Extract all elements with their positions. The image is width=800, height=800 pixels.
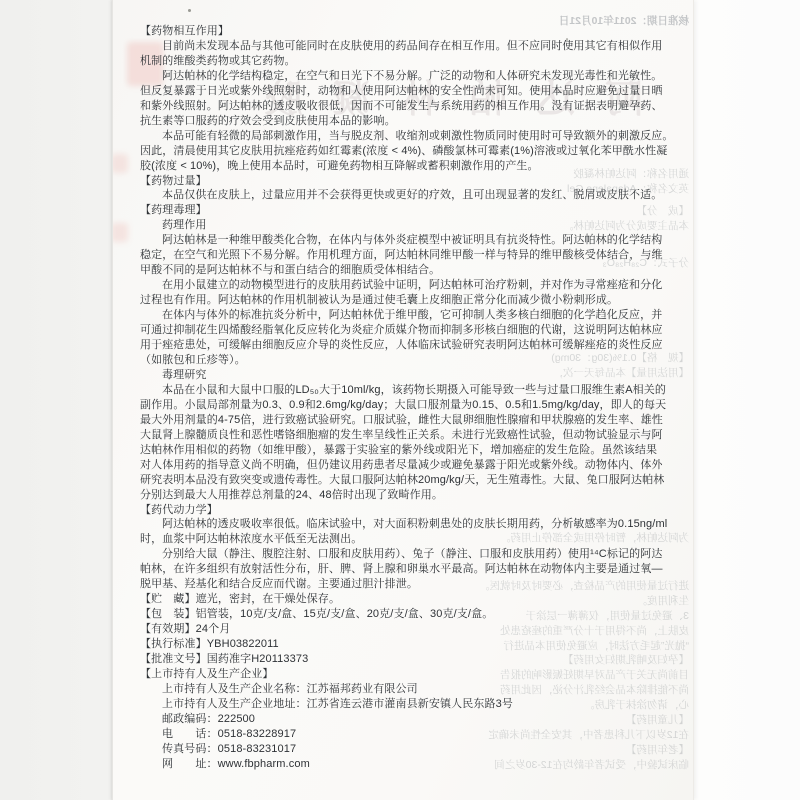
text-line: 网 址：www.fbpharm.com — [140, 757, 688, 772]
package-insert-page: 核准日期：2011年10月21日 阿达帕林凝胶 通用名称：阿达帕林凝胶英文名称：… — [112, 0, 694, 800]
text-line: 研究表明本品没有致突变或遗传毒性。大鼠口服阿达帕林20mg/kg/天，无生殖毒性… — [140, 473, 688, 488]
text-line: 【有效期】24个月 — [140, 622, 688, 637]
text-line: 阿达帕林是一种维甲酸类化合物，在体内与体外炎症模型中被证明具有抗炎特性。阿达帕林… — [140, 233, 688, 248]
text-line: 稳定，在空气和光照下不易分解。作用机理方面，阿达帕林同维甲酸一样与特异的维甲酸核… — [140, 248, 688, 263]
text-line: 分别达到最大人用推荐总剂量的24、48倍时出现了致畸作用。 — [140, 488, 688, 503]
text-line: 因此，清晨使用其它皮肤用抗痤疮药如红霉素(浓度 < 4%)、磷酸氯林可霉素(1%… — [140, 144, 688, 159]
text-line: 【上市持有人及生产企业】 — [140, 667, 688, 682]
red-ink-bleed-mark — [113, 223, 128, 242]
text-line: 【执行标准】YBH03822011 — [140, 637, 688, 652]
text-line: 药理作用 — [140, 218, 688, 233]
text-line: 【药理毒理】 — [140, 203, 688, 218]
text-line: 抗生素等口服药的疗效会受到皮肤使用本品的影响。 — [140, 114, 688, 129]
text-line: 【药物相互作用】 — [140, 24, 688, 39]
text-line: 在体内与体外的标准抗炎分析中，阿达帕林优于维甲酸，它可抑制人类多核白细胞的化学趋… — [140, 308, 688, 323]
text-line: 机制的维酸类药物或其它药物。 — [140, 54, 688, 69]
text-line: 【批准文号】国药准字H20113373 — [140, 652, 688, 667]
text-line: 但反复暴露于日光或紫外线照射时，动物和人使用阿达帕林的安全性尚未可知。使用本品时… — [140, 84, 688, 99]
text-line: 【药物过量】 — [140, 174, 688, 189]
text-line: 【贮 藏】遮光，密封，在干燥处保存。 — [140, 592, 688, 607]
photo-background: 核准日期：2011年10月21日 阿达帕林凝胶 通用名称：阿达帕林凝胶英文名称：… — [0, 0, 800, 800]
text-line: 本品仅供在皮肤上，过量应用并不会获得更快或更好的疗效，且可出现显著的发红、脱屑或… — [140, 188, 688, 203]
text-line: 【包 装】铝管装，10克/支/盒、15克/支/盒、20克/支/盒、30克/支/盒… — [140, 607, 688, 622]
text-line: 阿达帕林的化学结构稳定，在空气和日光下不易分解。广泛的动物和人体研究未发现光毒性… — [140, 69, 688, 84]
text-line: 用于痤疮患处，可缓解由细胞反应介导的炎性反应，人体临床试验研究表明阿达帕林可缓解… — [140, 338, 688, 353]
red-ink-bleed-mark — [113, 154, 128, 173]
text-line: 最大外用剂量的4-75倍，进行致癌试验研究。口服试验，雌性大鼠卵细胞性腺瘤和甲状… — [140, 413, 688, 428]
text-line: 胶(浓度 < 10%)，晚上使用本品时，可避免药物相互降解或蓄积刺激作用的产生。 — [140, 159, 688, 174]
text-line: 达帕林作用相似的药物（如维甲酸），暴露于实验室的紫外线或阳光下，增加癌症的发生危… — [140, 443, 688, 458]
text-line: 分别给大鼠（静注、腹腔注射、口服和皮肤用药）、兔子（静注、口服和皮肤用药）使用¹… — [140, 547, 688, 562]
text-line: 传真号码：0518-83231017 — [140, 742, 688, 757]
text-line: 对人体用药的指导意义尚不明确，但仍建议用药患者尽量减少或避免暴露于阳光或紫外线。… — [140, 458, 688, 473]
text-line: 电 话：0518-83228917 — [140, 727, 688, 742]
text-line: 大鼠肾上腺髓质良性和恶性嗜铬细胞瘤的发生率呈线性正关系。未进行光致癌性试验，但动… — [140, 428, 688, 443]
text-line: 过程也有作用。阿达帕林的作用机制被认为是通过使毛囊上皮细胞正常分化而减少微小粉刺… — [140, 293, 688, 308]
text-line: 脱甲基、羟基化和结合反应而代谢。主要通过胆汁排泄。 — [140, 577, 688, 592]
text-line: 阿达帕林的透皮吸收率很低。临床试验中，对大面积粉刺患处的皮肤长期用药，分析敏感率… — [140, 517, 688, 532]
text-line: 帕林，在许多组织有放射活性分布，肝、脾、肾上腺和卵巢水平最高。阿达帕林在动物体内… — [140, 562, 688, 577]
text-line: 时，血浆中阿达帕林浓度水平低至无法测出。 — [140, 532, 688, 547]
text-line: 和紫外线照射。阿达帕林的透皮吸收很低，因而不可能发生与系统用药的相互作用。没有证… — [140, 99, 688, 114]
text-line: 在用小鼠建立的动物模型进行的皮肤用药试验中证明，阿达帕林可治疗粉刺，并对作为寻常… — [140, 278, 688, 293]
text-line: 本品可能有轻微的局部刺激作用，当与脱皮剂、收缩剂或刺激性物质同时使用时可导致额外… — [140, 129, 688, 144]
text-line: 【药代动力学】 — [140, 503, 688, 518]
paper-speck — [188, 9, 191, 12]
text-line: 上市持有人及生产企业地址：江苏省连云港市灌南县新安镇人民东路3号 — [140, 697, 688, 712]
text-line: 目前尚未发现本品与其他可能同时在皮肤使用的药品间存在相互作用。但不应同时使用其它… — [140, 39, 688, 54]
text-line: 邮政编码：222500 — [140, 712, 688, 727]
text-line: 副作用。小鼠局部剂量为0.3、0.9和2.6mg/kg/day；大鼠口服剂量为0… — [140, 398, 688, 413]
text-line: 甲酸不同的是阿达帕林不与和蛋白结合的细胞质受体相结合。 — [140, 263, 688, 278]
text-line: 本品在小鼠和大鼠中口服的LD₅₀大于10ml/kg，该药物长期摄入可能导致一些与… — [140, 383, 688, 398]
text-line: 可通过抑制花生四烯酸经脂氧化反应转化为炎症介质媒介物而抑制多形核白细胞的代谢，这… — [140, 323, 688, 338]
text-line: （如脓包和丘疹等）。 — [140, 353, 688, 368]
insert-text-block: 【药物相互作用】目前尚未发现本品与其他可能同时在皮肤使用的药品间存在相互作用。但… — [140, 24, 688, 772]
text-line: 毒理研究 — [140, 368, 688, 383]
text-line: 上市持有人及生产企业名称：江苏福邦药业有限公司 — [140, 682, 688, 697]
